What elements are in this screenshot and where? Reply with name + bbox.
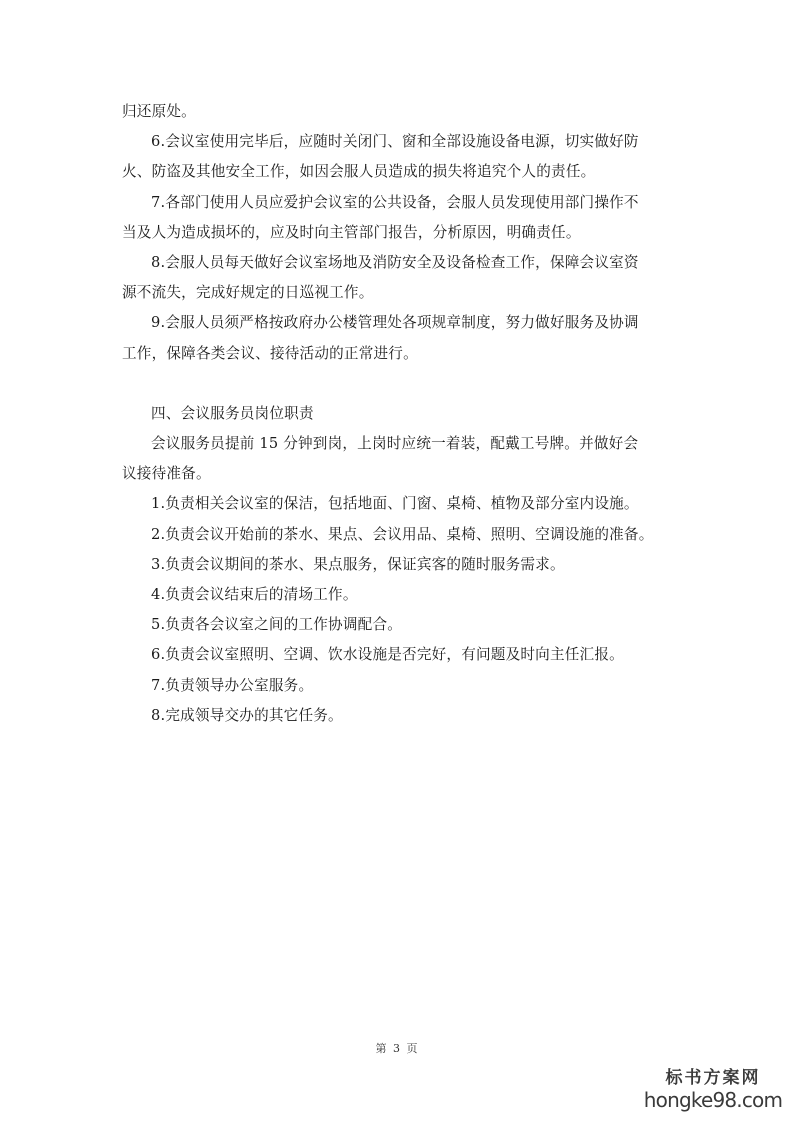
duty-item: 4.负责会议结束后的清场工作。 [122,580,682,610]
duty-item: 1.负责相关会议室的保洁，包括地面、门窗、桌椅、植物及部分室内设施。 [122,489,682,519]
watermark-logo: 标书方案网 hongke98.com [643,1068,783,1112]
blank-line [122,369,682,399]
duty-item: 6.负责会议室照明、空调、饮水设施是否完好，有问题及时向主任汇报。 [122,640,682,670]
watermark-cn-text: 标书方案网 [643,1068,783,1088]
paragraph-line: 9.会服人员须严格按政府办公楼管理处各项规章制度，努力做好服务及协调 [122,308,682,338]
intro-line: 议接待准备。 [122,459,682,489]
duty-item: 8.完成领导交办的其它任务。 [122,701,682,731]
paragraph-line: 火、防盗及其他安全工作，如因会服人员造成的损失将追究个人的责任。 [122,157,682,187]
watermark-url-text: hongke98.com [643,1088,783,1112]
document-page: 归还原处。 6.会议室使用完毕后，应随时关闭门、窗和全部设施设备电源，切实做好防… [122,97,682,731]
paragraph-line: 工作，保障各类会议、接待活动的正常进行。 [122,339,682,369]
paragraph-line: 7.各部门使用人员应爱护会议室的公共设备，会服人员发现使用部门操作不 [122,188,682,218]
intro-line: 会议服务员提前 15 分钟到岗，上岗时应统一着装，配戴工号牌。并做好会 [122,429,682,459]
paragraph-line: 当及人为造成损坏的，应及时向主管部门报告，分析原因，明确责任。 [122,218,682,248]
duty-item: 3.负责会议期间的茶水、果点服务，保证宾客的随时服务需求。 [122,550,682,580]
page-number: 第 3 页 [0,1040,793,1056]
paragraph-line: 归还原处。 [122,97,682,127]
paragraph-line: 源不流失，完成好规定的日巡视工作。 [122,278,682,308]
section-heading: 四、会议服务员岗位职责 [122,399,682,429]
paragraph-line: 8.会服人员每天做好会议室场地及消防安全及设备检查工作，保障会议室资 [122,248,682,278]
duty-item: 5.负责各会议室之间的工作协调配合。 [122,610,682,640]
duty-item: 2.负责会议开始前的茶水、果点、会议用品、桌椅、照明、空调设施的准备。 [122,520,682,550]
duty-item: 7.负责领导办公室服务。 [122,671,682,701]
paragraph-line: 6.会议室使用完毕后，应随时关闭门、窗和全部设施设备电源，切实做好防 [122,127,682,157]
